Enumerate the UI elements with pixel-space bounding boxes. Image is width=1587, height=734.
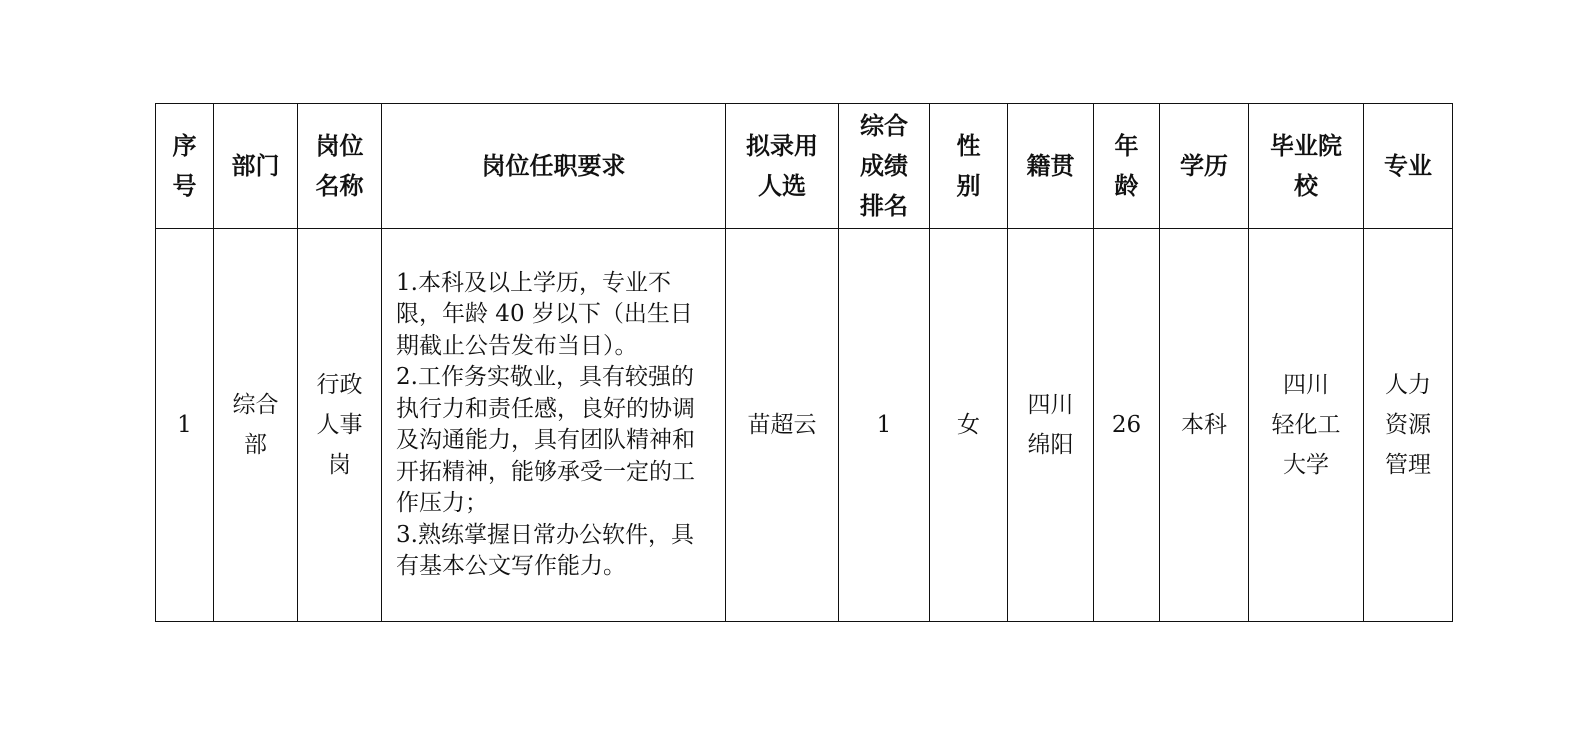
cell-text: 轻化工 xyxy=(1249,405,1363,445)
cell-text: 四川 xyxy=(1008,385,1093,425)
header-text: 性 xyxy=(930,126,1007,166)
cell-department: 综合部 xyxy=(214,229,298,622)
cell-requirements: 1.本科及以上学历，专业不限，年龄 40 岁以下（出生日期截止公告发布当日）。2… xyxy=(382,229,726,622)
cell-text: 管理 xyxy=(1364,445,1452,485)
header-requirements: 岗位任职要求 xyxy=(382,104,726,229)
header-text: 名称 xyxy=(298,166,381,206)
header-text: 校 xyxy=(1249,166,1363,206)
cell-text: 人事 xyxy=(298,405,381,445)
requirement-item: 1.本科及以上学历，专业不限，年龄 40 岁以下（出生日期截止公告发布当日）。 xyxy=(396,268,713,363)
header-row: 序号 部门 岗位名称 岗位任职要求 拟录用人选 综合成绩排名 性别 籍贯 年龄 … xyxy=(156,104,1453,229)
header-rank: 综合成绩排名 xyxy=(839,104,930,229)
header-text: 学历 xyxy=(1180,151,1228,180)
header-text: 岗位任职要求 xyxy=(482,151,626,180)
cell-text: 资源 xyxy=(1364,405,1452,445)
cell-age: 26 xyxy=(1094,229,1160,622)
header-text: 别 xyxy=(930,166,1007,206)
cell-text: 四川 xyxy=(1249,365,1363,405)
header-text: 龄 xyxy=(1094,166,1159,206)
header-text: 部门 xyxy=(232,151,280,180)
cell-school: 四川轻化工大学 xyxy=(1249,229,1364,622)
header-text: 人选 xyxy=(726,166,838,206)
header-index: 序号 xyxy=(156,104,214,229)
header-text: 序 xyxy=(156,126,213,166)
header-candidate: 拟录用人选 xyxy=(726,104,839,229)
cell-origin: 四川绵阳 xyxy=(1008,229,1094,622)
header-text: 号 xyxy=(156,166,213,206)
cell-text: 岗 xyxy=(298,445,381,485)
header-education: 学历 xyxy=(1160,104,1249,229)
cell-text: 部 xyxy=(214,425,297,465)
header-text: 籍贯 xyxy=(1027,151,1075,180)
requirement-item: 2.工作务实敬业，具有较强的执行力和责任感，良好的协调及沟通能力，具有团队精神和… xyxy=(396,362,713,520)
cell-index: 1 xyxy=(156,229,214,622)
header-text: 专业 xyxy=(1384,151,1432,180)
header-position: 岗位名称 xyxy=(298,104,382,229)
requirement-item: 3.熟练掌握日常办公软件，具有基本公文写作能力。 xyxy=(396,520,713,583)
header-text: 成绩 xyxy=(839,146,929,186)
header-text: 综合 xyxy=(839,106,929,146)
recruitment-table: 序号 部门 岗位名称 岗位任职要求 拟录用人选 综合成绩排名 性别 籍贯 年龄 … xyxy=(155,103,1453,622)
cell-rank: 1 xyxy=(839,229,930,622)
cell-text: 行政 xyxy=(298,365,381,405)
header-text: 岗位 xyxy=(298,126,381,166)
header-text: 毕业院 xyxy=(1249,126,1363,166)
cell-position: 行政人事岗 xyxy=(298,229,382,622)
header-text: 年 xyxy=(1094,126,1159,166)
header-gender: 性别 xyxy=(930,104,1008,229)
cell-text: 综合 xyxy=(214,385,297,425)
header-text: 排名 xyxy=(839,186,929,226)
header-age: 年龄 xyxy=(1094,104,1160,229)
header-origin: 籍贯 xyxy=(1008,104,1094,229)
header-school: 毕业院校 xyxy=(1249,104,1364,229)
header-major: 专业 xyxy=(1364,104,1453,229)
cell-gender: 女 xyxy=(930,229,1008,622)
header-department: 部门 xyxy=(214,104,298,229)
table-row: 1 综合部 行政人事岗 1.本科及以上学历，专业不限，年龄 40 岁以下（出生日… xyxy=(156,229,1453,622)
cell-text: 大学 xyxy=(1249,445,1363,485)
cell-education: 本科 xyxy=(1160,229,1249,622)
cell-text: 绵阳 xyxy=(1008,425,1093,465)
header-text: 拟录用 xyxy=(726,126,838,166)
cell-text: 人力 xyxy=(1364,365,1452,405)
cell-candidate: 苗超云 xyxy=(726,229,839,622)
cell-major: 人力资源管理 xyxy=(1364,229,1453,622)
